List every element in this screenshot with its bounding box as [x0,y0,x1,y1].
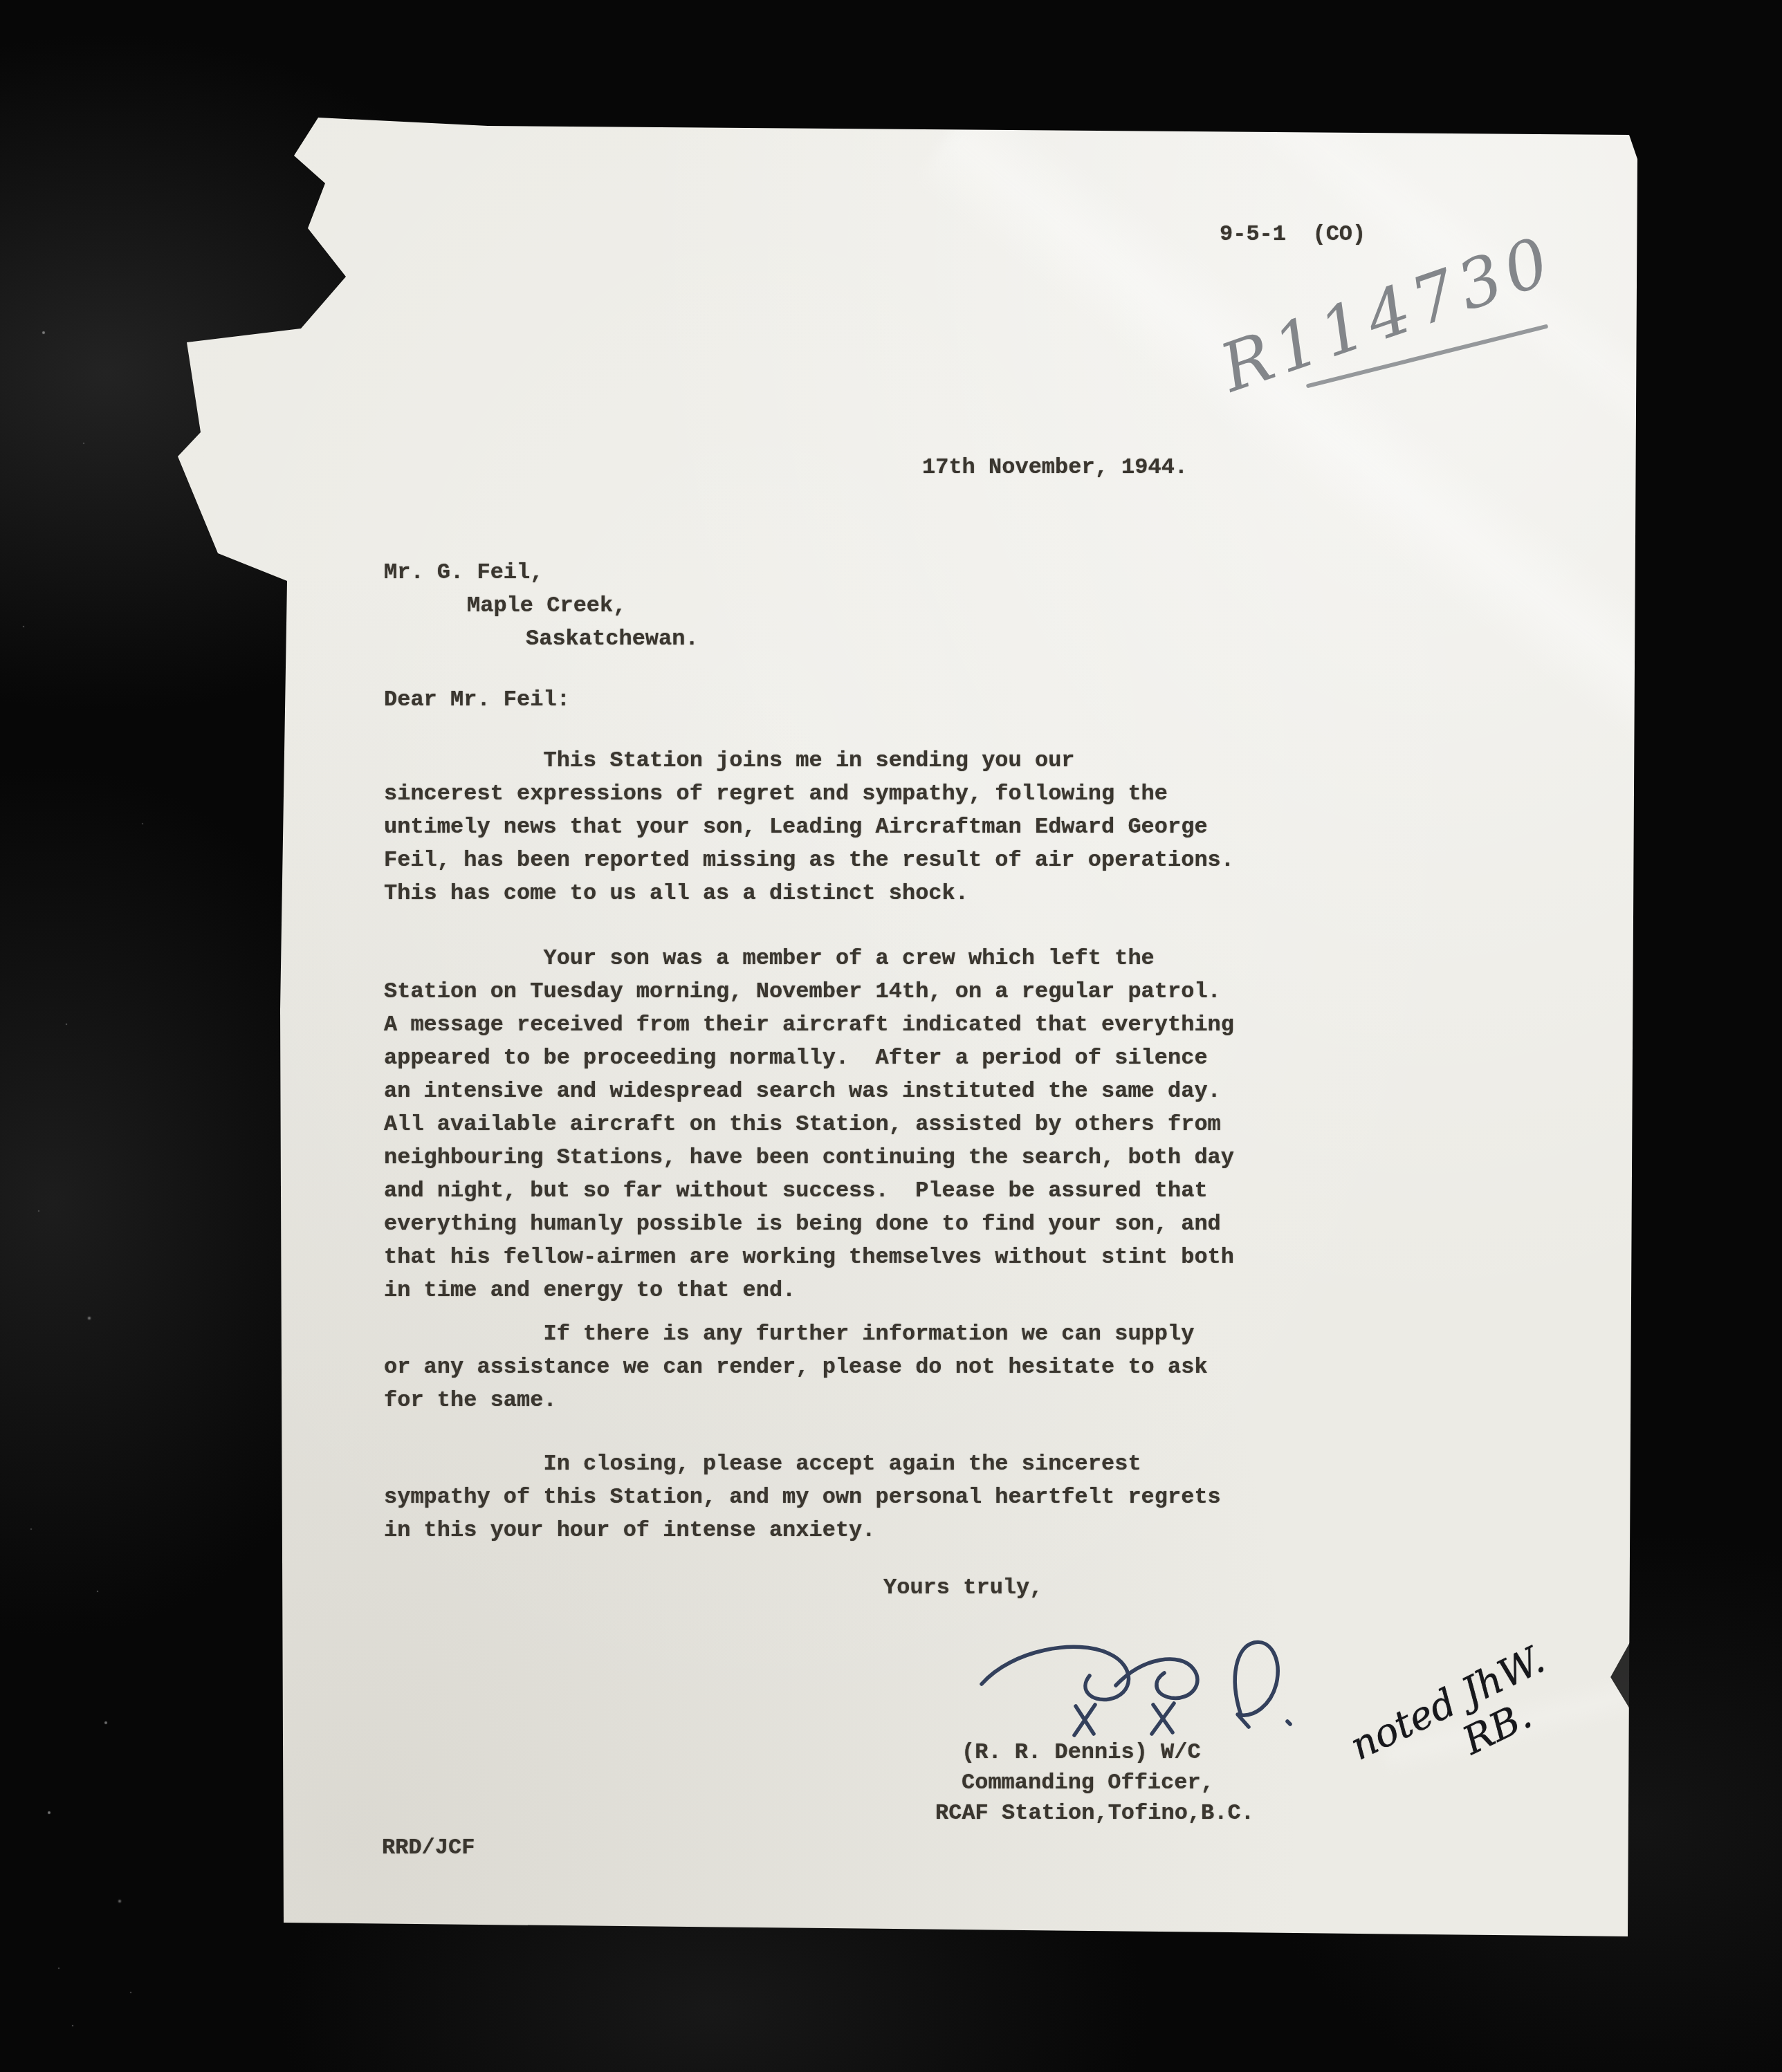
closing-valediction: Yours truly, [883,1571,1042,1604]
typed-line: everything humanly possible is being don… [384,1208,1234,1241]
typed-line: If there is any further information we c… [384,1317,1208,1351]
letter-paper: 9-5-1 (CO) R114730 17th November, 1944. … [176,111,1639,1950]
typed-line: in time and energy to that end. [384,1274,1234,1307]
typed-line: neighbouring Stations, have been continu… [384,1141,1234,1174]
reference-number: 9-5-1 (CO) [1220,218,1366,251]
body-paragraph-1: This Station joins me in sending you our… [384,744,1234,910]
noted-annotation: noted JhW. RB. [1343,1638,1571,1809]
typed-line: for the same. [384,1384,1208,1417]
typed-line: appeared to be proceeding normally. Afte… [384,1042,1234,1075]
typed-line: This has come to us all as a distinct sh… [384,877,1234,910]
typed-line: Your son was a member of a crew which le… [384,942,1234,975]
body-paragraph-3: If there is any further information we c… [384,1317,1208,1417]
archive-photo-background: { "document": { "reference": "9-5-1 (CO)… [0,0,1782,2072]
typed-line: or any assistance we can render, please … [384,1351,1208,1384]
salutation: Dear Mr. Feil: [384,683,570,716]
typist-initials: RRD/JCF [382,1831,475,1865]
typed-line: that his fellow-airmen are working thems… [384,1241,1234,1274]
address-line: Maple Creek, [467,589,626,622]
body-paragraph-2: Your son was a member of a crew which le… [384,942,1234,1307]
body-paragraph-4: In closing, please accept again the sinc… [384,1447,1221,1547]
typed-line: sincerest expressions of regret and symp… [384,777,1234,811]
typed-line: Station on Tuesday morning, November 14t… [384,975,1234,1008]
typed-line: untimely news that your son, Leading Air… [384,811,1234,844]
typed-line: In closing, please accept again the sinc… [384,1447,1221,1481]
typed-line: This Station joins me in sending you our [384,744,1234,777]
signatory-name: (R. R. Dennis) W/C [962,1736,1201,1769]
typed-line: Feil, has been reported missing as the r… [384,844,1234,877]
address-line: Saskatchewan. [526,622,699,656]
signatory-station: RCAF Station,Tofino,B.C. [935,1797,1254,1830]
typed-line: All available aircraft on this Station, … [384,1108,1234,1141]
typed-line: and night, but so far without success. P… [384,1174,1234,1208]
typed-line: an intensive and widespread search was i… [384,1075,1234,1108]
address-line: Mr. G. Feil, [384,556,543,589]
torn-edge-nick [1606,1643,1630,1709]
typed-line: sympathy of this Station, and my own per… [384,1481,1221,1514]
signatory-title: Commanding Officer, [962,1766,1214,1800]
letter-date: 17th November, 1944. [922,451,1188,484]
dust-speckles [0,0,1,1]
typed-line: in this your hour of intense anxiety. [384,1514,1221,1547]
typed-line: A message received from their aircraft i… [384,1008,1234,1042]
